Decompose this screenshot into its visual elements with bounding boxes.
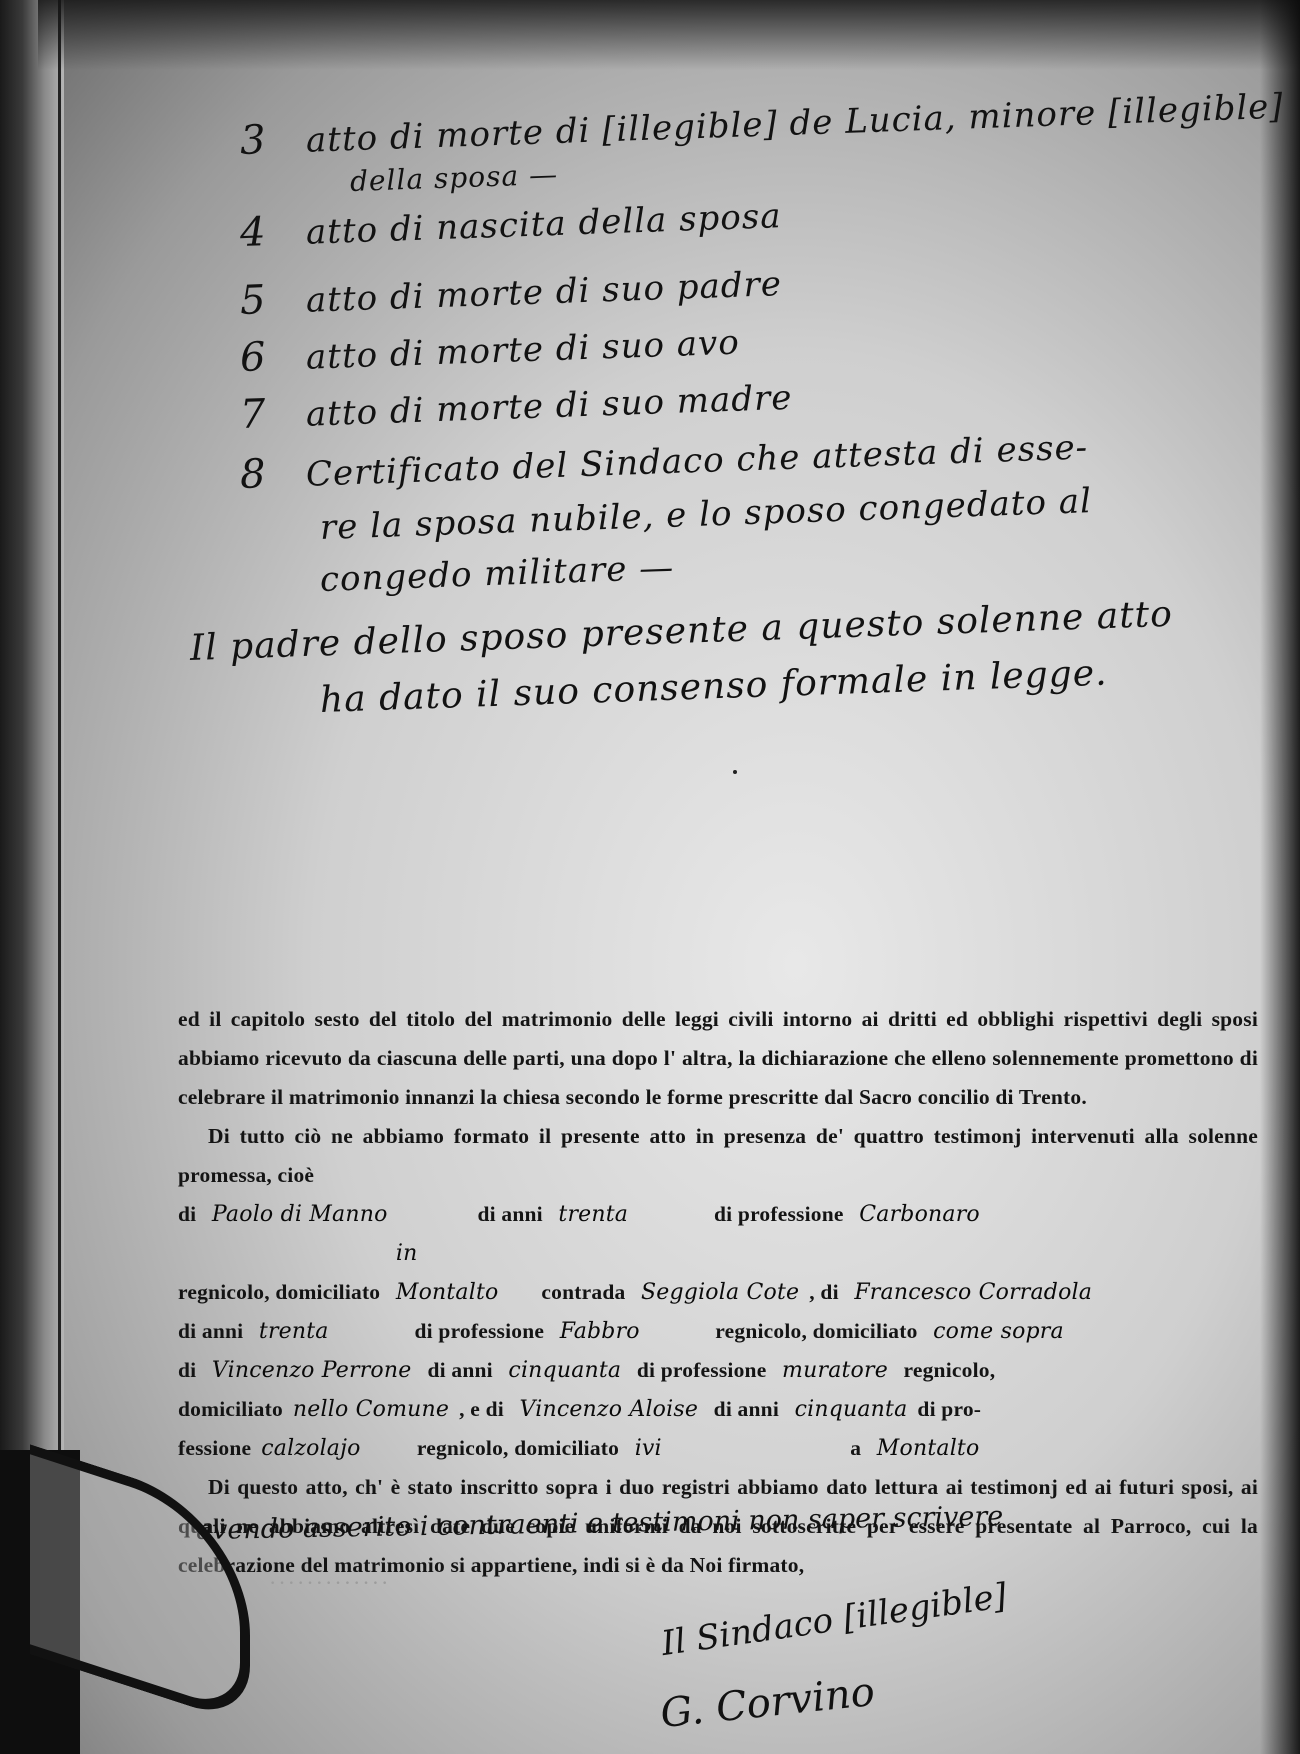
witness-line-2: regnicolo, domiciliato in Montalto contr… [178,1234,1258,1312]
witness-4-profession: calzolajo [251,1429,411,1468]
witness-line-1: di Paolo di Manno di anni trenta di prof… [178,1195,1258,1234]
list-number: 6 [239,333,307,381]
label: , e di [459,1397,504,1421]
label: di professione [714,1202,844,1226]
scan-shadow-top [38,0,1300,70]
witness-1-street: Seggiola Cote [631,1273,809,1312]
label: a [850,1436,861,1460]
list-number: 4 [239,208,307,256]
witness-3-age: cinquanta [498,1351,631,1390]
witness-3-domicile: nello Comune [283,1390,459,1429]
label: di professione [637,1358,767,1382]
witness-2-name: Francesco Corradola [844,1273,1102,1312]
witness-1-name: Paolo di Manno [202,1195,472,1234]
witness-line-6: fessionecalzolajo regnicolo, domiciliato… [178,1429,1258,1468]
printed-paragraph-2: Di tutto ciò ne abbiamo formato il prese… [178,1117,1258,1195]
witness-4-age: cinquanta [785,1390,918,1429]
witness-2-domicile: come sopra [923,1312,1074,1351]
label: di anni [428,1358,493,1382]
witness-2-age: trenta [249,1312,409,1351]
witness-1-profession: Carbonaro [849,1195,990,1234]
label: regnicolo, domiciliato [715,1319,917,1343]
witness-line-3: di anni trenta di professione Fabbro reg… [178,1312,1258,1351]
list-number: 3 [239,116,307,164]
label: regnicolo, domiciliato [178,1280,380,1304]
witness-3-name: Vincenzo Perrone [202,1351,422,1390]
printed-form-body: ed il capitolo sesto del titolo del matr… [178,1000,1258,1585]
bleed-through-text: · · · · · · · · · · · · · [270,1575,387,1593]
label: regnicolo, domiciliato [417,1436,619,1460]
ink-dot [733,770,737,774]
witness-2-profession: Fabbro [550,1312,710,1351]
witness-3-profession: muratore [772,1351,898,1390]
label: di professione [415,1319,545,1343]
witness-line-5: domiciliatonello Comune, e di Vincenzo A… [178,1390,1258,1429]
scan-shadow-right [1260,0,1300,1754]
witness-1-age: trenta [548,1195,708,1234]
label: di [178,1358,196,1382]
list-number: 7 [239,390,307,438]
label: di anni [178,1319,243,1343]
label: di [820,1280,838,1304]
label: di [178,1202,196,1226]
printed-paragraph-1: ed il capitolo sesto del titolo del matr… [178,1000,1258,1117]
witness-4-domicile: ivi [625,1429,845,1468]
list-number: 8 [239,450,307,498]
witness-4-name: Vincenzo Aloise [510,1390,709,1429]
label: di anni [714,1397,779,1421]
witness-1-domicile: in Montalto [386,1234,536,1312]
witness-4-place: Montalto [867,1429,990,1468]
witness-line-4: di Vincenzo Perrone di anni cinquanta di… [178,1351,1258,1390]
list-number: 5 [239,276,307,324]
label: di anni [478,1202,543,1226]
label: contrada [541,1280,625,1304]
